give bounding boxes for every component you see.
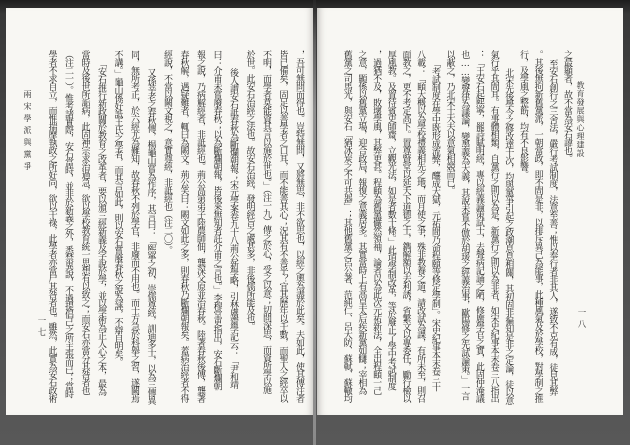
text-column: 又孫莘老之春秋傳，楊龜山嘗為作序，其言曰：「熙寧之初，崇儒尊經，訓迪多士，以為三…	[143, 50, 160, 415]
text-column: ：「王安石起熙寧，罷詩賦明經，專以經義論策試士，去聲病記誦之陋，修廣學官之實，此…	[472, 50, 487, 415]
text-column: 經說，不當以闕文視之，意實尊經，非詆經也（注二〇）。	[160, 50, 177, 415]
text-block-left: ，吾可無問而得也。豈特無問，又將無思，非不欲思也，以經之奧為盡於此矣。夫如此，使…	[44, 50, 308, 415]
text-column: 面教之，更不考定高下。置尊賢堂以延天下道德之士，鐫解額以去利誘，省繁文以專委任，…	[399, 50, 414, 415]
page-left: 兩宋學派與黨爭 一七 ，吾可無問而得也。豈特無問，又將無思，非不欲思也，以經之奧…	[6, 8, 314, 415]
text-column: 以蔽之，乃北宋士大夫以意氣相競而已。	[443, 50, 458, 415]
text-column: 不講。」龜山係好詆王氏之學者，而其言如此，則以安石嘗廢春秋之說為誣，不辯自明矣。	[110, 50, 127, 415]
text-column: （注二一）。惟考諸實際，安石當時，並非於新義之外，悉禁異說，不過提倡己之所主張而…	[61, 50, 78, 415]
book-spread: 兩宋學派與黨爭 一七 ，吾可無問而得也。豈特無問，又將無思，非不欲思也，以經之奧…	[0, 0, 630, 445]
text-column: 之最顯者，故不當為安石諱也。	[560, 50, 575, 415]
text-column: 後人謂安石詆春秋為斷爛朝報；宋元學案卷九十八荊公新學略，引林鬳齋學記云：「尹和靖	[226, 50, 243, 415]
text-column: 皆已備矣，固足以善學者之口耳，而不能善其心；況其有不善乎？宜其歷年以千數，而聖人…	[275, 50, 292, 415]
text-column: 至安石創行之三舍法，嚴行考試制度，法意至善；惟以奉行者非其人，遂致不克有成，徒見…	[546, 50, 561, 415]
text-column: 也……變聲律為議論，變墨義為大義，其說未嘗不倣於胡瑗之經義治事，歐陽修之先試論策…	[458, 50, 473, 415]
text-column: 八載：「頤大概以為學校禮義相先之地，而月使之爭，殊非教養之道。請改試為課，有所未…	[413, 50, 428, 415]
text-column: 厚風教。及置待賓吏師齋，立觀光法，如是者數十條。」此項學制改革，等於廢止了學中考…	[384, 50, 399, 415]
page-right: 教育發展與心理建設 一八 之最顯者，故不當為安石諱也。 至安石創行之三舍法，嚴行…	[317, 8, 623, 415]
text-column: 報之說，乃病解經者，非詆經也。荊公高第弟子陸農師佃，龔深父原並治春秋。陸著春秋後…	[193, 50, 210, 415]
text-column: 春秋解，遇疑難者，輒曰為闕文。荊公笑曰：闕文如此之多，則春秋乃斷爛朝報矣。蓋病治…	[176, 50, 193, 415]
text-column: ，過猶不及，敗壞學風，其弊更甚。程頤為舊黨儼然領袖，論者以為此次元祐新法，全出程…	[369, 50, 384, 415]
text-column: 「安石推行新政關於教育之改革者，要以頒三經新義及字說於學，並以學術為正人心之本，…	[94, 50, 111, 415]
text-column: 之意，顯係以舊黨立場，迎合政局，報復之意義居多。其實當時上有高皇太后疾新黨如讎；…	[355, 50, 370, 415]
text-column: 「考試制度在學中既形成流弊，釀成大獄，元祐間乃命程頤等修定學制」。宋史紀事本末卷…	[428, 50, 443, 415]
text-column: 同，無所考正，於六經尤為難知，故春秋不列於學官，非廢而不用也。而士方急於科舉之習…	[127, 50, 144, 415]
running-header-right: 教育發展與心理建設	[575, 81, 586, 158]
text-column: 。其後無拘新舊黨派，一朝當政，即不問是非，以排斥異己為能事，此種風氣及於學校，對…	[531, 50, 546, 415]
page-gutter	[313, 0, 316, 445]
text-column: 行，及學風之整飭，均有不良影響。	[516, 50, 531, 415]
text-block-right: 之最顯者，故不當為安石諱也。 至安石創行之三舍法，嚴行考試制度，法意至善；惟以奉…	[340, 50, 575, 415]
text-column: 學者不求自立，而惟揣摩執政之所好尚，欲以干祿，此學者亦當尸其咎者也。雖然，此實為…	[44, 50, 61, 415]
text-column: ，吾可無問而得也。豈特無問，又將無思，非不欲思也，以經之奧為盡於此矣。夫如此，使…	[292, 50, 309, 415]
text-column: 於世。此安石治經之法也。故安石治經，發明經旨之處甚多，非後儒所能及也。	[242, 50, 259, 415]
text-column: 氣行乎其間耳。有事體相類，自黨行之則以為是，新黨行之則以為非者，如宋史紀事本末卷…	[487, 50, 502, 415]
page-number-right: 一八	[576, 308, 588, 331]
text-column: 當時及後世所詬病，此固神宗求治過急，欲以學校教育統一思想有以致之；而安石亦當分其…	[77, 50, 94, 415]
running-header-left: 兩宋學派與黨爭	[22, 90, 33, 174]
text-column: 不明，而學者莫能資其言以施於世也。」（注一九）傳之於心，受之以意；切問深思，而資…	[259, 50, 276, 415]
text-column: 北宋先後學令之修改達十次，均與黨爭引起之政潮息息相關，其初固非徧知是非之定論，徒…	[502, 50, 517, 415]
text-column: 舊黨之司馬光，與安石「猶冰炭之不可共器」；其他舊黨之呂公著、范純仁、呂大防、蘇軾…	[340, 50, 355, 415]
text-column: 曰：介甫未嘗廢春秋；以為斷爛朝報，皆後來無知者託介甫之言也。」李穆堂更指出，安石…	[209, 50, 226, 415]
